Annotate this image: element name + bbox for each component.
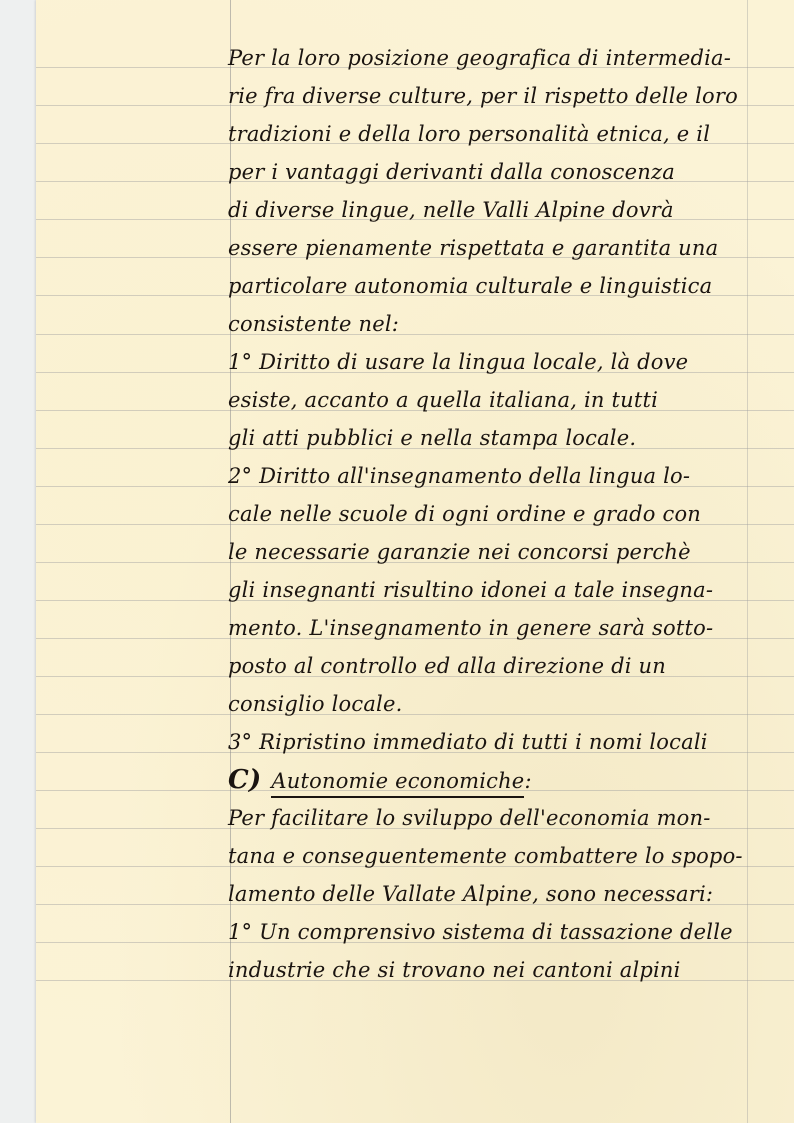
text-line: mento. L'insegnamento in genere sarà sot…	[228, 609, 773, 647]
text-line: lamento delle Vallate Alpine, sono neces…	[228, 875, 773, 913]
text-line: Per facilitare lo sviluppo dell'economia…	[228, 799, 773, 837]
text-line: esiste, accanto a quella italiana, in tu…	[228, 381, 773, 419]
section-title: Autonomie economiche	[271, 766, 524, 798]
text-line: tana e conseguentemente combattere lo sp…	[228, 837, 773, 875]
text-line: posto al controllo ed alla direzione di …	[228, 647, 773, 685]
list-item-1: 1° Diritto di usare la lingua locale, là…	[228, 343, 773, 381]
text-line: Per la loro posizione geografica di inte…	[228, 39, 773, 77]
text-line: per i vantaggi derivanti dalla conoscenz…	[228, 153, 773, 191]
list-item-2: 2° Diritto all'insegnamento della lingua…	[228, 457, 773, 495]
text-line: essere pienamente rispettata e garantita…	[228, 229, 773, 267]
text-line: gli insegnanti risultino idonei a tale i…	[228, 571, 773, 609]
manuscript-text: Per la loro posizione geografica di inte…	[228, 39, 773, 989]
text-line: di diverse lingue, nelle Valli Alpine do…	[228, 191, 773, 229]
text-line: rie fra diverse culture, per il rispetto…	[228, 77, 773, 115]
text-line: tradizioni e della loro personalità etni…	[228, 115, 773, 153]
list-item-3: 3° Ripristino immediato di tutti i nomi …	[228, 723, 773, 761]
section-marker: C)	[228, 765, 261, 795]
list-item-1: 1° Un comprensivo sistema di tassazione …	[228, 913, 773, 951]
text-line: cale nelle scuole di ogni ordine e grado…	[228, 495, 773, 533]
text-line: le necessarie garanzie nei concorsi perc…	[228, 533, 773, 571]
section-title-suffix: :	[524, 769, 531, 793]
text-line: gli atti pubblici e nella stampa locale.	[228, 419, 773, 457]
section-heading: C)Autonomie economiche:	[228, 761, 773, 799]
text-line: consistente nel:	[228, 305, 773, 343]
text-line: particolare autonomia culturale e lingui…	[228, 267, 773, 305]
text-line: industrie che si trovano nei cantoni alp…	[228, 951, 773, 989]
text-line: consiglio locale.	[228, 685, 773, 723]
